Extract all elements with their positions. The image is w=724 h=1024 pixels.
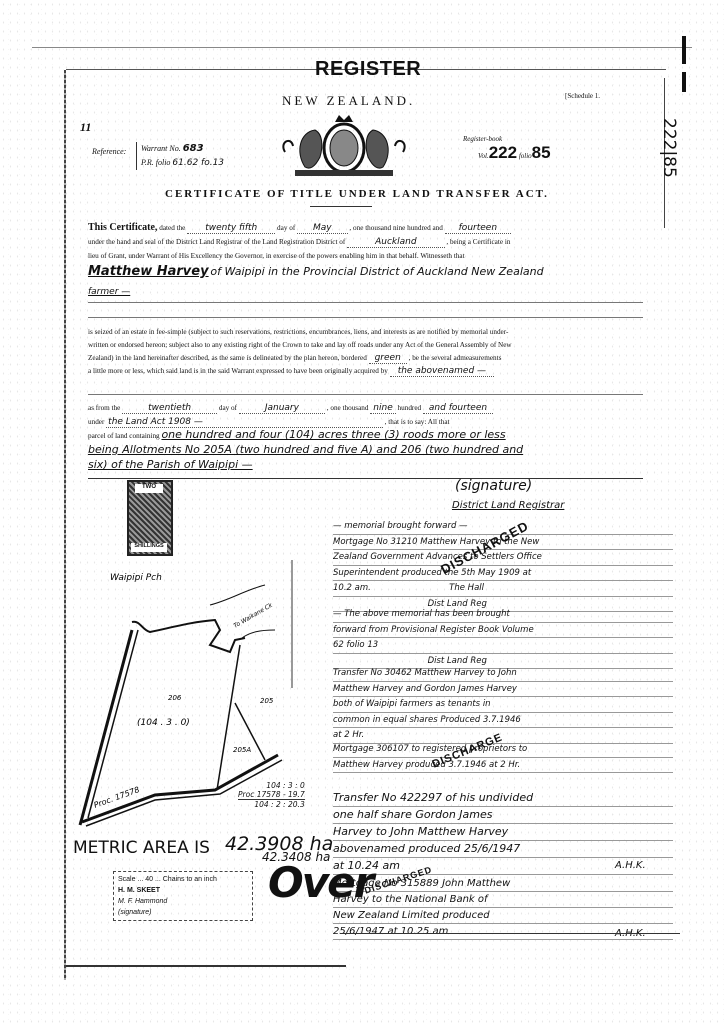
area-calculation: 104 : 3 : 0 Proc 17578 - 19.7 104 : 2 : … xyxy=(238,781,305,809)
estate-line-3-text: Zealand) in the land hereinafter describ… xyxy=(88,354,367,362)
under-act-line: under the Land Act 1908 — , that is to s… xyxy=(88,417,450,427)
binding-mark xyxy=(682,36,686,64)
vol-label: Vol. xyxy=(478,152,489,160)
register-volume: Vol.222 folio85 xyxy=(478,143,551,163)
parcel-text-1: one hundred and four (104) acres three (… xyxy=(161,428,505,441)
parcel-line-3: six) of the Parish of Waipipi — xyxy=(88,460,253,471)
binding-mark xyxy=(682,72,686,92)
from-line: as from the twentieth day of January , o… xyxy=(88,403,493,413)
endorsement-3: Transfer No 30462 Matthew Harvey to John… xyxy=(333,666,673,744)
endorsement-4: Mortgage 306107 to registered proprietor… xyxy=(333,742,673,773)
endorsement-line: — The above memorial has been brought xyxy=(333,607,673,623)
under-act: the Land Act 1908 — xyxy=(106,417,383,428)
from-one-thousand: , one thousand xyxy=(327,404,369,412)
survey-stamp: Scale ... 40 ... Chains to an inch H. M.… xyxy=(113,871,253,921)
parcel-text-3: six) of the Parish of Waipipi — xyxy=(88,458,253,471)
reference-label: Reference: xyxy=(92,147,126,156)
margin-mark: 11 xyxy=(80,120,91,135)
estate-line-1: is seized of an estate in fee-simple (su… xyxy=(88,327,508,337)
pr-folio-value: 61.62 fo.13 xyxy=(172,158,224,168)
as-from-label: as from the xyxy=(88,404,120,412)
certificate-line-2: under the hand and seal of the District … xyxy=(88,237,510,247)
registration-district: Auckland xyxy=(347,237,444,248)
from-month: January xyxy=(239,403,325,414)
parcel-line-1: parcel of land containing one hundred an… xyxy=(88,430,506,441)
endorsement-line: Transfer No 422297 of his undivided xyxy=(333,790,673,807)
year-text: , one thousand nine hundred and xyxy=(349,224,442,232)
plan-proc: Proc. 17578 xyxy=(93,785,141,810)
endorsement-line: Mortgage 306107 to registered proprietor… xyxy=(333,742,673,758)
duty-stamp: TWO SHILLINGS xyxy=(127,480,173,556)
endorsement-line: Superintendent produced the 5th May 1909… xyxy=(333,566,673,582)
area-calc-line: Proc 17578 - 19.7 xyxy=(238,790,305,800)
frame-bottom-line xyxy=(340,933,680,934)
coat-of-arms-icon xyxy=(275,112,413,178)
rule xyxy=(88,302,643,303)
district-text: under the hand and seal of the District … xyxy=(88,238,345,246)
certificate-lead: This Certificate, xyxy=(88,222,157,233)
area-calc-line: 104 : 3 : 0 xyxy=(238,781,305,790)
stamp-value: TWO xyxy=(135,484,163,493)
registrar-title: District Land Registrar xyxy=(452,500,564,511)
day-of-label: day of xyxy=(277,224,295,232)
endorsement-line: 62 folio 13 xyxy=(333,638,673,654)
parcel-text-2: being Allotments No 205A (two hundred an… xyxy=(88,443,523,456)
survey-scale: Scale ... 40 ... Chains to an inch xyxy=(118,874,248,885)
margin-volume-folio: 222|85 xyxy=(660,118,678,178)
folio-label: folio xyxy=(519,152,532,160)
certificate-line-3: lieu of Grant, under Warrant of His Exce… xyxy=(88,251,465,261)
frame-left-edge xyxy=(64,70,66,980)
from-day-of: day of xyxy=(219,404,237,412)
area-calc-total: 104 : 2 : 20.3 xyxy=(238,800,305,809)
endorsement-line: Matthew Harvey and Gordon James Harvey xyxy=(333,682,673,698)
endorsement-line: Harvey to the National Bank of xyxy=(333,892,673,908)
endorsement-2: — The above memorial has been brought fo… xyxy=(333,607,673,669)
endorsement-line: 10.2 am. The Hall xyxy=(333,581,673,597)
parcel-label: parcel of land containing xyxy=(88,432,160,440)
estate-line-3-end: , be the several admeasurements xyxy=(409,354,502,362)
rule xyxy=(88,394,643,395)
owner-occupation: farmer — xyxy=(88,287,130,297)
registrar-signature: (signature) xyxy=(455,478,532,494)
warrant-reference: Warrant No. 683 P.R. folio 61.62 fo.13 xyxy=(136,142,224,170)
parcel-line-2: being Allotments No 205A (two hundred an… xyxy=(88,445,523,456)
estate-line-4: a little more or less, which said land i… xyxy=(88,366,494,376)
plan-lot-205: 205 xyxy=(260,697,274,705)
over-annotation: Over xyxy=(268,858,372,907)
endorsement-line: New Zealand Limited produced xyxy=(333,908,673,924)
stamp-denomination: SHILLINGS xyxy=(131,543,167,552)
dated-label: dated the xyxy=(159,224,185,232)
plan-label-north: Waipipi Pch xyxy=(110,573,162,583)
endorsement-initials: A.H.K. xyxy=(615,860,646,871)
rule xyxy=(88,317,643,318)
certificate-year: fourteen xyxy=(445,223,511,234)
endorsement-line: one half share Gordon James xyxy=(333,807,673,824)
title-underline xyxy=(310,206,372,207)
estate-line-3: Zealand) in the land hereinafter describ… xyxy=(88,353,501,363)
register-book-label: Register-book xyxy=(463,135,502,143)
certificate-day: twenty fifth xyxy=(187,223,275,234)
pr-folio-label: P.R. folio xyxy=(141,158,170,167)
survey-signature: (signature) xyxy=(118,907,248,918)
country-heading: NEW ZEALAND. xyxy=(282,93,415,109)
that-is-label: , that is to say: All that xyxy=(385,418,450,426)
survey-signature: M. F. Hammond xyxy=(118,896,248,907)
from-year: and fourteen xyxy=(423,403,493,414)
survey-officer: H. M. SKEET xyxy=(118,885,248,896)
owner-name: Matthew Harvey xyxy=(88,264,209,279)
acquired-by: the abovenamed — xyxy=(390,366,494,377)
plan-road-label: To Waikane Ck xyxy=(233,602,275,630)
top-border-line xyxy=(32,47,692,48)
endorsement-line: both of Waipipi farmers as tenants in xyxy=(333,697,673,713)
certificate-month: May xyxy=(297,223,348,234)
estate-line-2: written or endorsed hereon; subject also… xyxy=(88,340,512,350)
certificate-line-1: This Certificate, dated the twenty fifth… xyxy=(88,223,511,233)
folio-number: 85 xyxy=(532,143,551,162)
district-text-end: , being a Certificate in xyxy=(446,238,510,246)
schedule-label: [Schedule 1. xyxy=(565,92,600,100)
endorsement-line: Harvey to John Matthew Harvey xyxy=(333,824,673,841)
vol-number: 222 xyxy=(489,143,517,162)
endorsement-line: Transfer No 30462 Matthew Harvey to John xyxy=(333,666,673,682)
rule xyxy=(88,478,643,479)
border-color: green xyxy=(369,353,407,364)
metric-area-label: METRIC AREA IS xyxy=(73,838,210,858)
owner-address: of Waipipi in the Provincial District of… xyxy=(210,265,543,278)
certificate-title: CERTIFICATE OF TITLE UNDER LAND TRANSFER… xyxy=(165,188,549,200)
under-label: under xyxy=(88,418,104,426)
warrant-label: Warrant No. xyxy=(141,144,181,153)
plan-area: (104 . 3 . 0) xyxy=(137,718,190,728)
endorsement-line: Zealand Government Advances to Settlers … xyxy=(333,550,673,566)
warrant-number: 683 xyxy=(183,143,204,154)
plan-lot-206: 206 xyxy=(168,694,182,702)
from-day: twentieth xyxy=(122,403,217,414)
endorsement-line: Matthew Harvey produced 3.7.1946 at 2 Hr… xyxy=(333,758,673,774)
endorsement-line: common in equal shares Produced 3.7.1946 xyxy=(333,713,673,729)
owner-line: Matthew Harvey of Waipipi in the Provinc… xyxy=(88,267,544,278)
from-hundred: hundred xyxy=(398,404,422,412)
plan-lot-205a: 205A xyxy=(233,746,251,754)
register-stamp: REGISTER xyxy=(315,58,421,81)
endorsement-line: abovenamed produced 25/6/1947 xyxy=(333,841,673,858)
from-century: nine xyxy=(370,403,395,414)
endorsement-line: forward from Provisional Register Book V… xyxy=(333,623,673,639)
frame-bottom-line xyxy=(66,965,346,967)
occupation-line: farmer — xyxy=(88,287,130,297)
estate-line-4-text: a little more or less, which said land i… xyxy=(88,367,388,375)
